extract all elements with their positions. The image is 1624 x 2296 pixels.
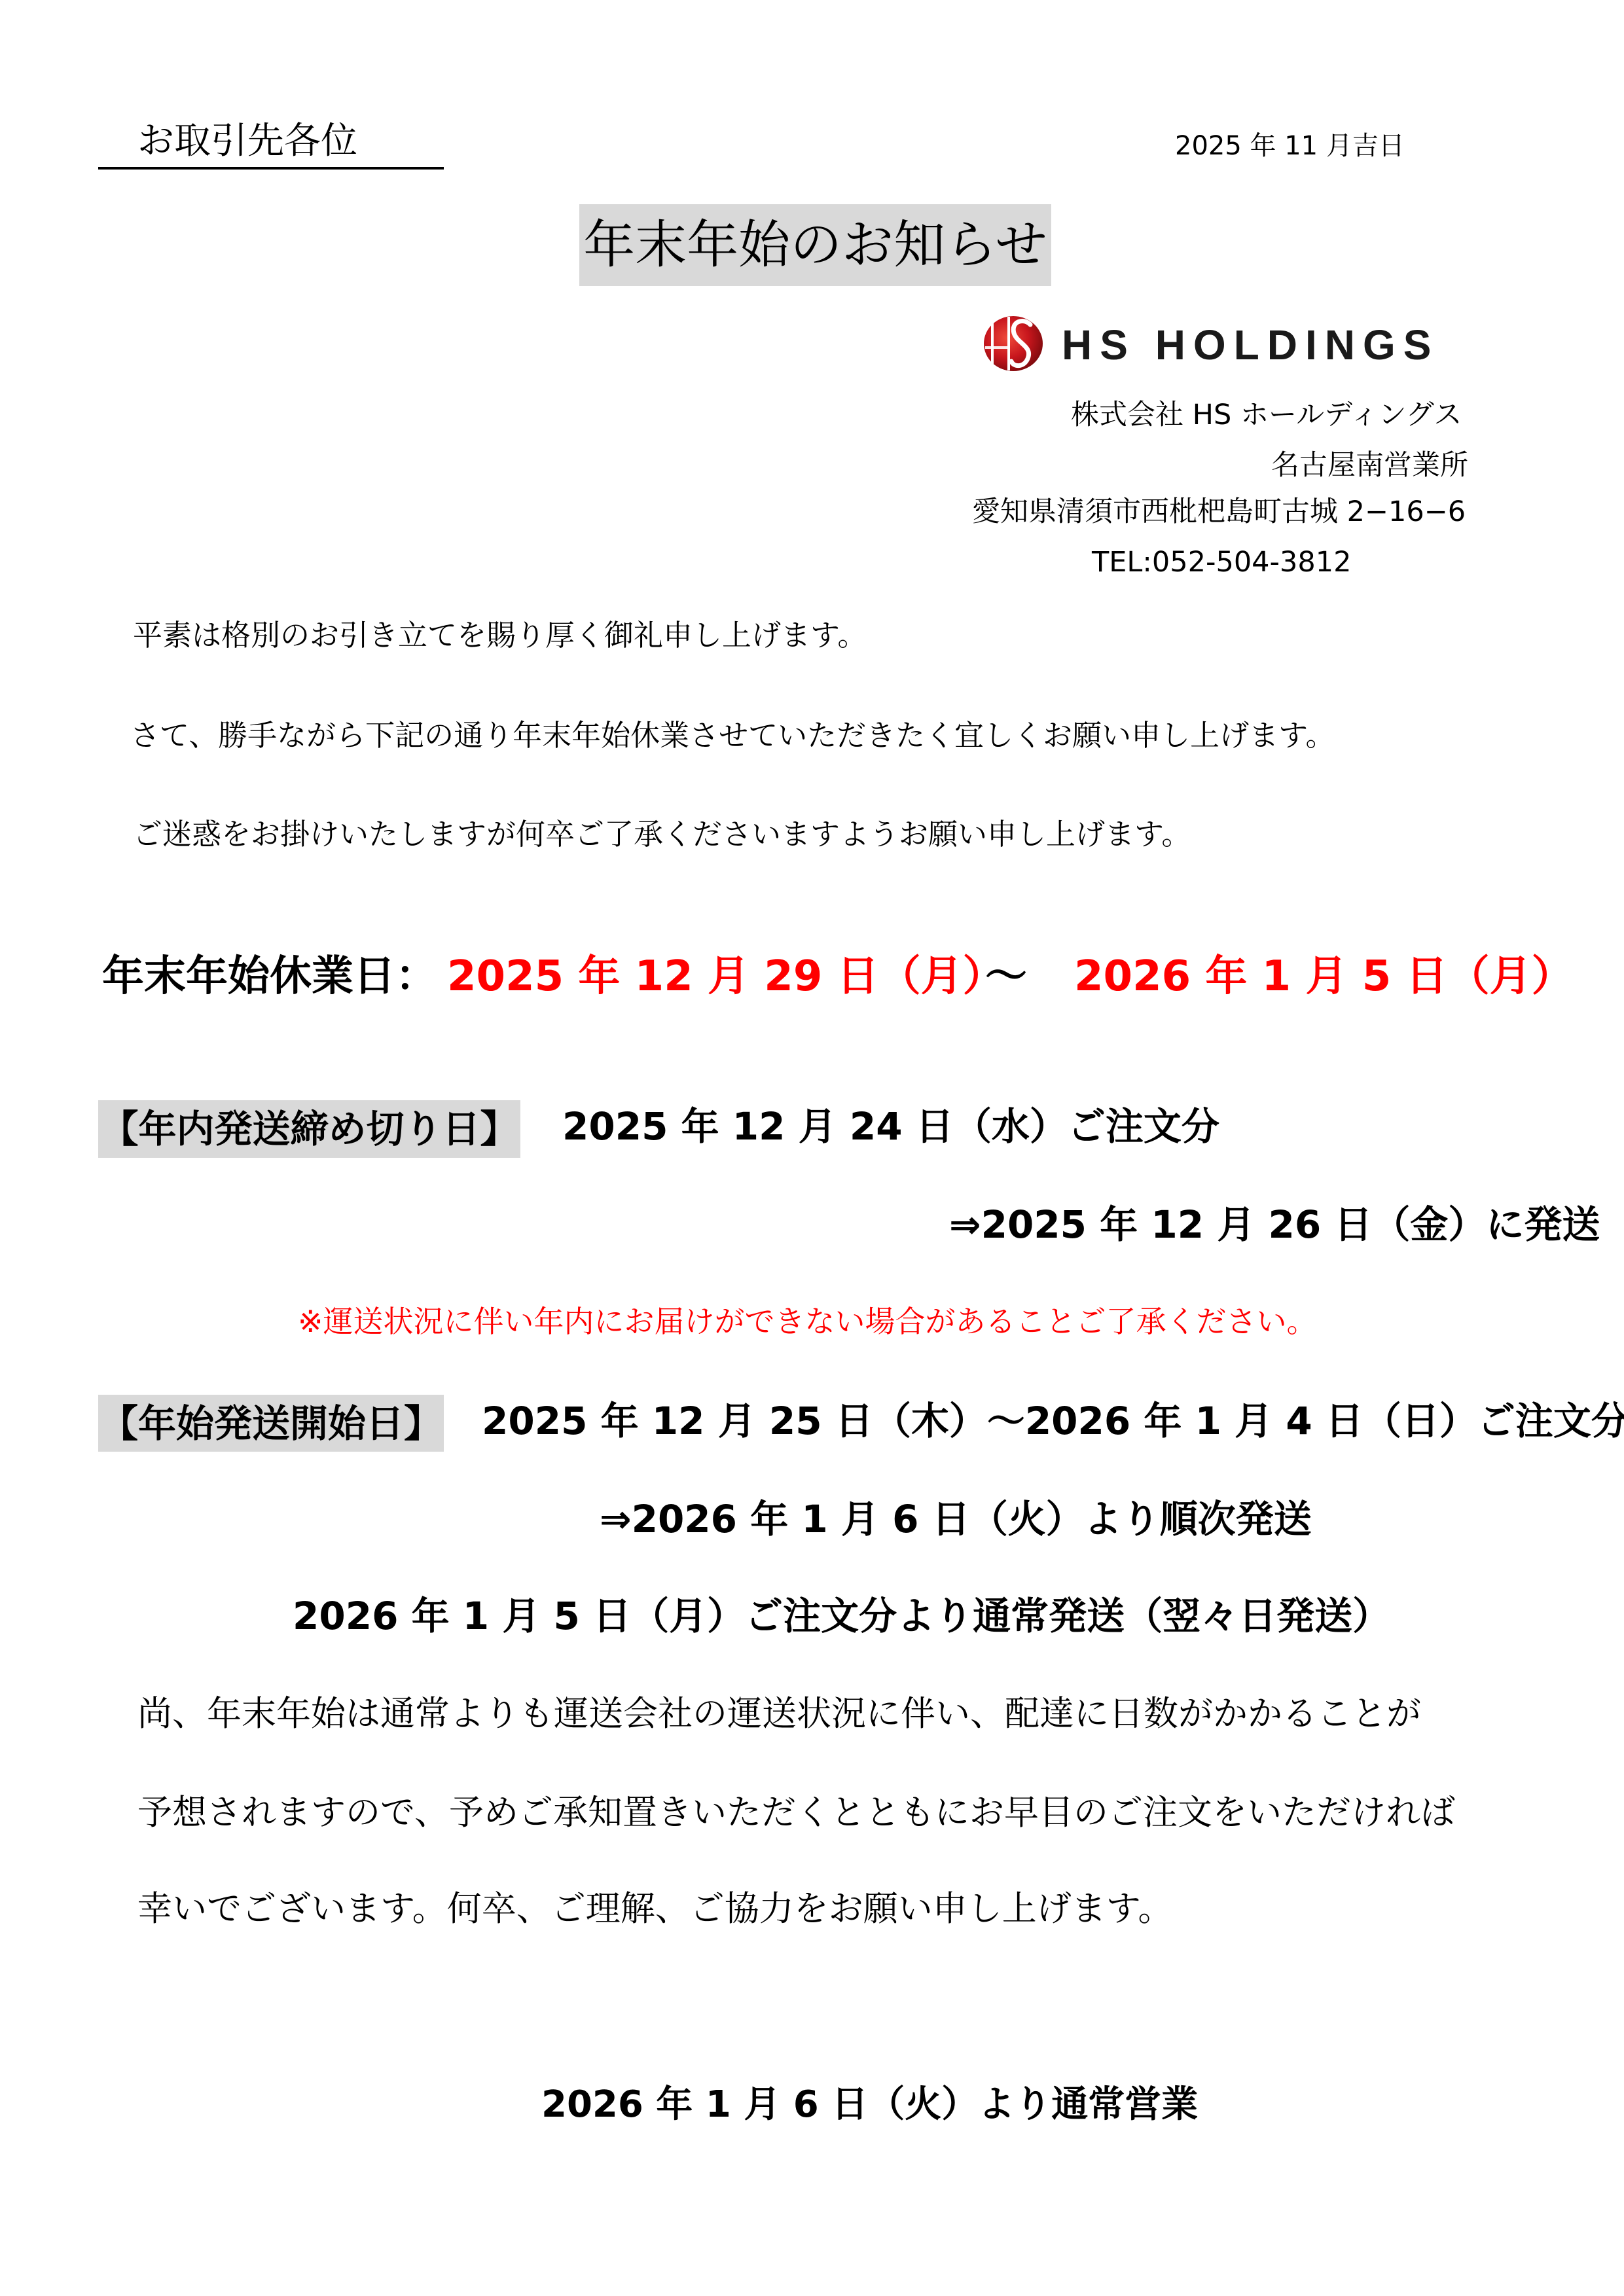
- addressee: お取引先各位: [137, 123, 357, 160]
- greeting-line: ご迷惑をお掛けいたしますが何卒ご了承くださいますようお願い申し上げます。: [133, 819, 1191, 849]
- company-name: 株式会社 HS ホールディングス: [1071, 401, 1462, 429]
- new-year-order-period: 2025 年 12 月 25 日（木）～2026 年 1 月 4 日（日）ご注文…: [482, 1402, 1624, 1440]
- closing-line: 予想されますので、予めご承知置きいただくとともにお早目のご注文をいただければ: [137, 1795, 1455, 1830]
- closing-line: 幸いでございます。何卒、ご理解、ご協力をお願い申し上げます。: [137, 1892, 1173, 1926]
- page-title: 年末年始のお知らせ: [583, 219, 1047, 271]
- holiday-end-date: 2026 年 1 月 5 日（月）: [1074, 956, 1574, 997]
- holiday-start-date: 2025 年 12 月 29 日（月）: [447, 956, 1005, 997]
- issue-date: 2025 年 11 月吉日: [1175, 133, 1405, 159]
- year-end-ship-date: ⇒2025 年 12 月 26 日（金）に発送: [949, 1206, 1600, 1244]
- holiday-label: 年末年始休業日：: [102, 956, 437, 997]
- new-year-start-label-box: 【年始発送開始日】: [98, 1395, 444, 1452]
- greeting-line: 平素は格別のお引き立てを賜り厚く御礼申し上げます。: [133, 620, 867, 650]
- logo-wordmark: HS HOLDINGS: [1062, 324, 1439, 366]
- holiday-range-separator: ～: [985, 956, 1027, 997]
- new-year-ship-date: ⇒2026 年 1 月 6 日（火）より順次発送: [600, 1500, 1312, 1538]
- hs-emblem-icon: [983, 315, 1043, 372]
- title-highlight: 年末年始のお知らせ: [579, 204, 1051, 286]
- year-end-order-date: 2025 年 12 月 24 日（水）ご注文分: [562, 1107, 1219, 1145]
- closing-line: 尚、年末年始は通常よりも運送会社の運送状況に伴い、配達に日数がかかることが: [137, 1696, 1421, 1731]
- normal-shipping-resume: 2026 年 1 月 5 日（月）ご注文分より通常発送（翌々日発送）: [293, 1597, 1390, 1635]
- year-end-cutoff-label: 【年内発送締め切り日】: [100, 1110, 518, 1148]
- greeting-line: さて、勝手ながら下記の通り年末年始休業させていただきたく宜しくお願い申し上げます…: [130, 721, 1335, 750]
- year-end-cutoff-label-box: 【年内発送締め切り日】: [98, 1100, 520, 1158]
- company-phone: TEL:052-504-3812: [1092, 548, 1352, 577]
- new-year-start-label: 【年始発送開始日】: [100, 1405, 442, 1443]
- delivery-delay-note: ※運送状況に伴い年内にお届けができない場合があることご了承ください。: [298, 1306, 1317, 1336]
- business-resume-date: 2026 年 1 月 6 日（火）より通常営業: [541, 2087, 1198, 2123]
- company-address: 愛知県清須市西枇杷島町古城 2−16−6: [972, 498, 1466, 526]
- notice-page: お取引先各位 2025 年 11 月吉日 年末年始のお知らせ HS HOLDIN…: [0, 0, 1624, 2296]
- branch-name: 名古屋南営業所: [1271, 452, 1468, 480]
- addressee-underline: [98, 167, 444, 170]
